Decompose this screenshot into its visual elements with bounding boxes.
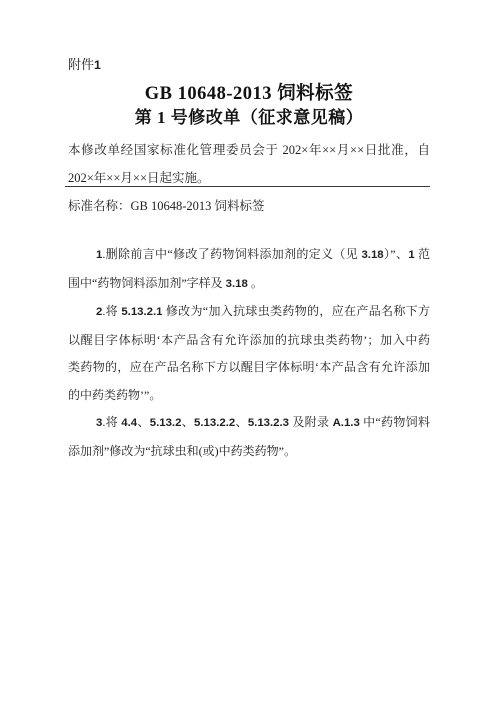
- document-page: 附件1 GB 10648-2013 饲料标签 第 1 号修改单（征求意见稿） 本…: [0, 0, 500, 707]
- amendment-2-line-3: 类药物的，应在产品名称下方以醒目字体标明‘本产品含有允许添加: [68, 354, 430, 382]
- document-subtitle: 第 1 号修改单（征求意见稿）: [68, 106, 430, 129]
- amendment-list: 1.删除前言中“修改了药物饲料添加剂的定义（见 3.18）”、1 范 围中“药物…: [68, 241, 430, 465]
- approval-note: 本修改单经国家标准化管理委员会于 202×年××月××日批准，自 202×年××…: [68, 137, 430, 192]
- amendment-item-2: 2.将 5.13.2.1 修改为“加入抗球虫类药物的，应在产品名称下方 以醒目字…: [68, 298, 430, 409]
- amendment-1-line-2: 围中“药物饲料添加剂”字样及 3.18 。: [68, 270, 430, 299]
- amendment-2-line-4: 的中药类药物’”。: [68, 382, 430, 410]
- amendment-2-line-1: 2.将 5.13.2.1 修改为“加入抗球虫类药物的，应在产品名称下方: [68, 298, 430, 327]
- amendment-item-1: 1.删除前言中“修改了药物饲料添加剂的定义（见 3.18）”、1 范 围中“药物…: [68, 241, 430, 298]
- attachment-label: 附件1: [68, 57, 430, 73]
- standard-name-line: 标准名称：GB 10648-2013 饲料标签: [68, 197, 430, 215]
- amendment-1-line-1: 1.删除前言中“修改了药物饲料添加剂的定义（见 3.18）”、1 范: [68, 241, 430, 270]
- amendment-2-line-2: 以醒目字体标明‘本产品含有允许添加的抗球虫类药物’；加入中药: [68, 327, 430, 355]
- approval-note-line-2: 202×年××月××日起实施。: [68, 165, 430, 193]
- amendment-item-3: 3.将 4.4、5.13.2、5.13.2.2、5.13.2.3 及附录 A.1…: [68, 409, 430, 465]
- document-content: 附件1 GB 10648-2013 饲料标签 第 1 号修改单（征求意见稿） 本…: [68, 0, 430, 465]
- amendment-3-line-1: 3.将 4.4、5.13.2、5.13.2.2、5.13.2.3 及附录 A.1…: [68, 409, 430, 438]
- amendment-3-line-2: 添加剂”修改为“抗球虫和(或)中药类药物”。: [68, 438, 430, 466]
- document-title: GB 10648-2013 饲料标签: [68, 83, 430, 106]
- approval-note-line-1: 本修改单经国家标准化管理委员会于 202×年××月××日批准，自: [68, 137, 430, 165]
